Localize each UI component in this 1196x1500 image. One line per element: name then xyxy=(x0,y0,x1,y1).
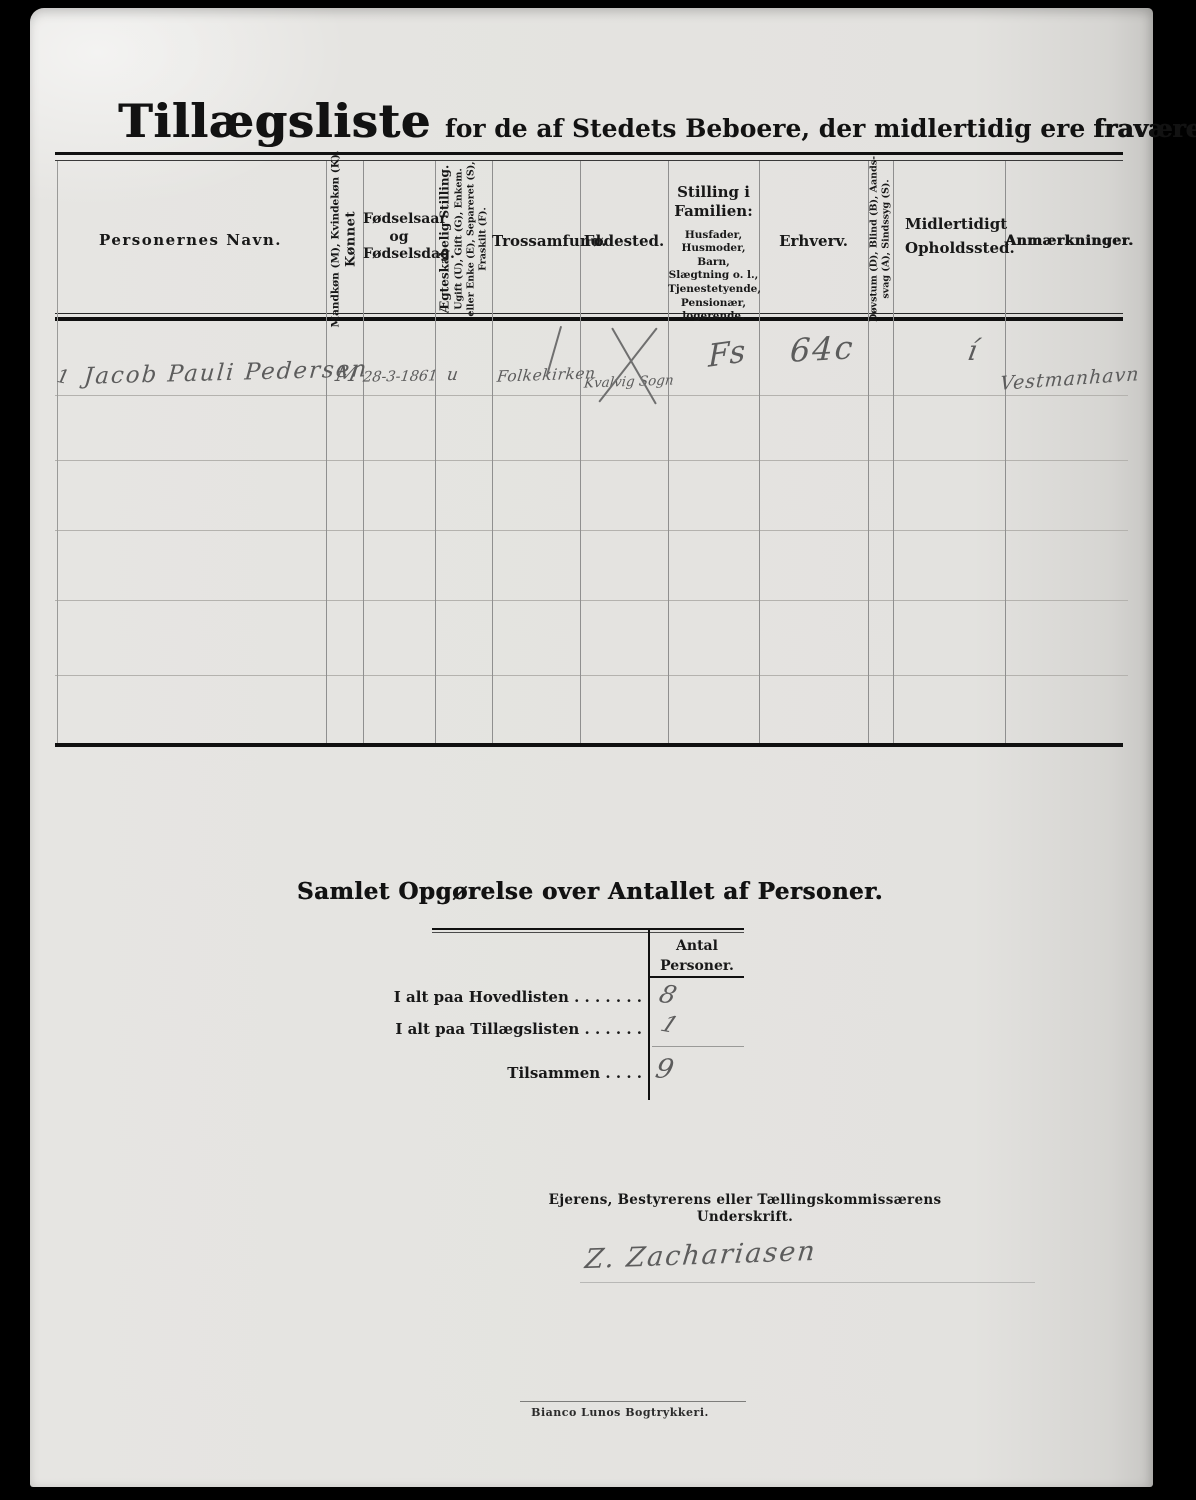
family-line1: Stilling i xyxy=(668,183,759,202)
table-top-rule-thick xyxy=(55,152,1123,155)
birth-line1: Fødselsaar xyxy=(363,211,435,229)
summary-col-header-line1: Antal xyxy=(650,936,744,956)
row-line xyxy=(55,600,1128,601)
table-top-rule-thin xyxy=(55,160,1123,161)
summary-heading: Samlet Opgørelse over Antallet af Person… xyxy=(250,878,930,907)
printer-rule xyxy=(520,1401,746,1402)
row-birthplace: Kvalvig Sogn xyxy=(583,372,674,391)
summary-top-rule xyxy=(432,928,744,930)
summary-label-hovedlisten: I alt paa Hovedlisten . . . . . . . xyxy=(380,988,642,1007)
table-bottom-rule xyxy=(55,743,1123,747)
page-title: Tillægslistefor de af Stedets Beboere, d… xyxy=(118,94,1196,148)
signature-caption: Ejerens, Bestyrerens eller Tællingskommi… xyxy=(500,1192,990,1226)
summary-light-rule xyxy=(652,1046,744,1047)
stay-line2: Opholdssted. xyxy=(905,236,1005,260)
summary-col-header-line2: Personer. xyxy=(650,956,744,976)
row-sex: M xyxy=(333,362,360,386)
row-family-position: Fs xyxy=(708,333,745,375)
row-line xyxy=(55,460,1128,461)
printer-name: Bianco Lunos Bogtrykkeri. xyxy=(475,1406,765,1420)
family-detail: Husfader, Husmoder, Barn, Slægtning o. l… xyxy=(668,229,759,324)
birth-line2: og xyxy=(363,229,435,247)
summary-label-tillaegslisten: I alt paa Tillægslisten . . . . . . xyxy=(380,1020,642,1039)
disability-line1: Døvstum (D), Blind (B), Aands- xyxy=(868,156,880,322)
row-occupation: 64c xyxy=(789,328,856,370)
header-bottom-rule-thin xyxy=(55,313,1123,314)
family-line2: Familien: xyxy=(668,202,759,221)
column-header-birthplace: Fødested. xyxy=(580,232,668,251)
row-line xyxy=(55,675,1128,676)
column-header-sex-main: Kønnet xyxy=(343,151,360,328)
column-header-occupation: Erhverv. xyxy=(759,232,868,251)
column-header-stay: Midlertidigt Opholdssted. xyxy=(893,212,1005,260)
column-header-family: Stilling i Familien: Husfader, Husmoder,… xyxy=(668,183,759,324)
marital-main: Ægteskabelig Stilling. xyxy=(437,161,453,316)
disability-line2: svag (A), Sindssyg (S). xyxy=(881,156,893,322)
summary-top-rule-echo xyxy=(432,932,744,933)
row-line xyxy=(55,395,1128,396)
column-header-name: Personernes Navn. xyxy=(55,231,326,250)
title-tail: for de af Stedets Beboere, der midlertid… xyxy=(445,114,1085,143)
column-header-sex-detail: Mandkøn (M), Kvindekøn (K). xyxy=(329,151,343,328)
birth-line3: Fødselsdag. xyxy=(363,246,435,264)
title-emphasis: fraværende. xyxy=(1093,114,1196,143)
column-header-sex: Mandkøn (M), Kvindekøn (K). Kønnet xyxy=(326,161,363,317)
marital-line3: eller Enke (E), Separeret (S), xyxy=(465,161,477,316)
header-bottom-rule-thick xyxy=(55,317,1123,321)
column-header-disability: Døvstum (D), Blind (B), Aands- svag (A),… xyxy=(868,161,893,317)
row-line xyxy=(55,530,1128,531)
title-main: Tillægsliste xyxy=(118,94,431,148)
column-header-marital: Ægteskabelig Stilling. Ugift (U), Gift (… xyxy=(435,161,492,317)
scanned-census-page: Tillægslistefor de af Stedets Beboere, d… xyxy=(0,0,1196,1500)
row-birthdate: 28-3-1861 xyxy=(362,368,438,385)
signature-line xyxy=(580,1282,1035,1283)
column-header-birth: Fødselsaar og Fødselsdag. xyxy=(363,211,435,264)
summary-label-tilsammen: Tilsammen . . . . xyxy=(380,1064,642,1083)
stay-line1: Midlertidigt xyxy=(905,212,1005,236)
marital-line4: Fraskilt (F). xyxy=(477,161,489,316)
marital-line2: Ugift (U), Gift (G), Enkem. xyxy=(453,161,465,316)
column-header-remarks: Anmærkninger. xyxy=(1005,233,1123,251)
summary-col-header: Antal Personer. xyxy=(650,936,744,977)
column-header-faith: Trossamfund. xyxy=(492,232,580,251)
